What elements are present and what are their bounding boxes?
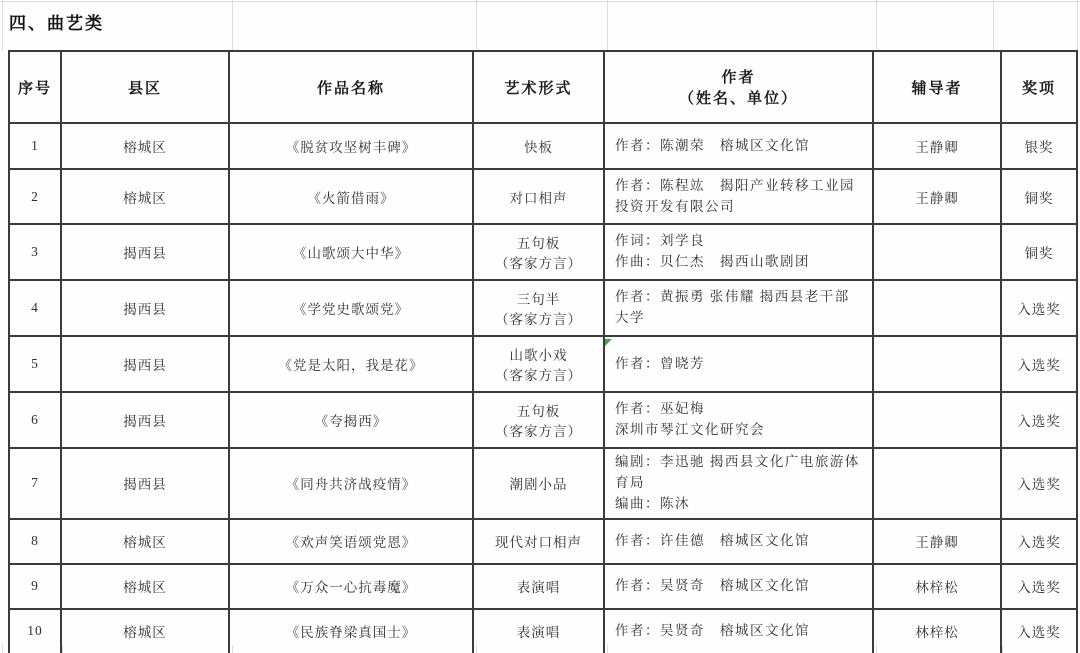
table-row: 6 揭西县 《夸揭西》 五句板 （客家方言） 作者：巫妃梅 深圳市琴江文化研究会… [9, 392, 1077, 448]
cell-no: 6 [9, 392, 61, 448]
cell-work: 《夸揭西》 [229, 392, 473, 448]
table-row: 9 榕城区 《万众一心抗毒魔》 表演唱 作者：吴贤奇 榕城区文化馆 林梓松 入选… [9, 564, 1077, 609]
spreadsheet-page: 四、曲艺类 序号 县区 作品名称 艺术形式 作者 （姓名、单位） 辅导者 奖项 … [0, 0, 1080, 653]
cell-form: 三句半 （客家方言） [473, 280, 604, 336]
cell-no: 9 [9, 564, 61, 609]
cell-district: 揭西县 [61, 280, 229, 336]
grid-line [607, 0, 608, 50]
cell-work: 《民族脊梁真国士》 [229, 609, 473, 653]
grid-line [2, 0, 3, 50]
grid-line [232, 0, 233, 50]
cell-no: 1 [9, 123, 61, 169]
header-award: 奖项 [1001, 51, 1077, 123]
header-work: 作品名称 [229, 51, 473, 123]
cell-work: 《脱贫攻坚树丰碑》 [229, 123, 473, 169]
cell-award: 入选奖 [1001, 336, 1077, 392]
table-row: 4 揭西县 《学党史歌颂党》 三句半 （客家方言） 作者：黄振勇 张伟耀 揭西县… [9, 280, 1077, 336]
grid-line [993, 0, 994, 50]
cell-author: 作者：陈潮荣 榕城区文化馆 [604, 123, 873, 169]
cell-work: 《同舟共济战疫情》 [229, 448, 473, 519]
cell-district: 榕城区 [61, 564, 229, 609]
table-row: 3 揭西县 《山歌颂大中华》 五句板 （客家方言） 作词：刘学良 作曲：贝仁杰 … [9, 224, 1077, 280]
cell-instructor: 王静卿 [873, 519, 1001, 564]
table-row: 7 揭西县 《同舟共济战疫情》 潮剧小品 编剧：李迅驰 揭西县文化广电旅游体育局… [9, 448, 1077, 519]
cell-instructor: 林梓松 [873, 564, 1001, 609]
cell-form: 快板 [473, 123, 604, 169]
cell-form: 潮剧小品 [473, 448, 604, 519]
cell-instructor: 王静卿 [873, 123, 1001, 169]
cell-form: 对口相声 [473, 169, 604, 224]
cell-instructor [873, 392, 1001, 448]
cell-award: 入选奖 [1001, 519, 1077, 564]
header-form: 艺术形式 [473, 51, 604, 123]
cell-award: 银奖 [1001, 123, 1077, 169]
cell-award: 入选奖 [1001, 564, 1077, 609]
cell-comment-marker [605, 339, 612, 346]
grid-line [0, 1, 1080, 2]
cell-district: 榕城区 [61, 519, 229, 564]
grid-line [876, 0, 877, 50]
cell-instructor: 王静卿 [873, 169, 1001, 224]
cell-district: 揭西县 [61, 224, 229, 280]
awards-table: 序号 县区 作品名称 艺术形式 作者 （姓名、单位） 辅导者 奖项 1 榕城区 … [8, 50, 1078, 653]
cell-district: 揭西县 [61, 448, 229, 519]
page-title: 四、曲艺类 [9, 9, 104, 34]
table-row: 2 榕城区 《火箭借雨》 对口相声 作者：陈程竑 揭阳产业转移工业园投资开发有限… [9, 169, 1077, 224]
header-district: 县区 [61, 51, 229, 123]
cell-author: 作词：刘学良 作曲：贝仁杰 揭西山歌剧团 [604, 224, 873, 280]
cell-no: 2 [9, 169, 61, 224]
cell-form: 五句板 （客家方言） [473, 392, 604, 448]
cell-work: 《山歌颂大中华》 [229, 224, 473, 280]
cell-author: 作者：曾晓芳 [604, 336, 873, 392]
cell-work: 《欢声笑语颂党恩》 [229, 519, 473, 564]
cell-award: 入选奖 [1001, 448, 1077, 519]
cell-author: 作者：吴贤奇 榕城区文化馆 [604, 609, 873, 653]
cell-award: 入选奖 [1001, 280, 1077, 336]
cell-no: 8 [9, 519, 61, 564]
cell-district: 榕城区 [61, 123, 229, 169]
cell-form: 表演唱 [473, 609, 604, 653]
cell-no: 4 [9, 280, 61, 336]
cell-no: 10 [9, 609, 61, 653]
cell-award: 入选奖 [1001, 392, 1077, 448]
cell-award: 铜奖 [1001, 224, 1077, 280]
header-no: 序号 [9, 51, 61, 123]
cell-author: 作者：巫妃梅 深圳市琴江文化研究会 [604, 392, 873, 448]
cell-form: 现代对口相声 [473, 519, 604, 564]
cell-form: 山歌小戏 （客家方言） [473, 336, 604, 392]
cell-no: 7 [9, 448, 61, 519]
cell-work: 《党是太阳，我是花》 [229, 336, 473, 392]
table-row: 1 榕城区 《脱贫攻坚树丰碑》 快板 作者：陈潮荣 榕城区文化馆 王静卿 银奖 [9, 123, 1077, 169]
cell-author: 编剧：李迅驰 揭西县文化广电旅游体育局 编曲：陈沐 [604, 448, 873, 519]
cell-instructor [873, 224, 1001, 280]
cell-author: 作者：吴贤奇 榕城区文化馆 [604, 564, 873, 609]
cell-instructor: 林梓松 [873, 609, 1001, 653]
cell-instructor [873, 336, 1001, 392]
cell-work: 《万众一心抗毒魔》 [229, 564, 473, 609]
cell-no: 5 [9, 336, 61, 392]
cell-district: 榕城区 [61, 609, 229, 653]
cell-author: 作者：许佳德 榕城区文化馆 [604, 519, 873, 564]
header-author: 作者 （姓名、单位） [604, 51, 873, 123]
header-instructor: 辅导者 [873, 51, 1001, 123]
cell-work: 《火箭借雨》 [229, 169, 473, 224]
cell-instructor [873, 280, 1001, 336]
table-header-row: 序号 县区 作品名称 艺术形式 作者 （姓名、单位） 辅导者 奖项 [9, 51, 1077, 123]
cell-author: 作者：陈程竑 揭阳产业转移工业园投资开发有限公司 [604, 169, 873, 224]
grid-line [476, 0, 477, 50]
table-row: 8 榕城区 《欢声笑语颂党恩》 现代对口相声 作者：许佳德 榕城区文化馆 王静卿… [9, 519, 1077, 564]
cell-work: 《学党史歌颂党》 [229, 280, 473, 336]
table-row: 10 榕城区 《民族脊梁真国士》 表演唱 作者：吴贤奇 榕城区文化馆 林梓松 入… [9, 609, 1077, 653]
cell-district: 榕城区 [61, 169, 229, 224]
cell-form: 表演唱 [473, 564, 604, 609]
table-row: 5 揭西县 《党是太阳，我是花》 山歌小戏 （客家方言） 作者：曾晓芳 入选奖 [9, 336, 1077, 392]
cell-form: 五句板 （客家方言） [473, 224, 604, 280]
cell-no: 3 [9, 224, 61, 280]
cell-award: 入选奖 [1001, 609, 1077, 653]
cell-award: 铜奖 [1001, 169, 1077, 224]
grid-line [2, 645, 3, 653]
cell-author: 作者：黄振勇 张伟耀 揭西县老干部大学 [604, 280, 873, 336]
cell-district: 揭西县 [61, 336, 229, 392]
cell-district: 揭西县 [61, 392, 229, 448]
cell-instructor [873, 448, 1001, 519]
